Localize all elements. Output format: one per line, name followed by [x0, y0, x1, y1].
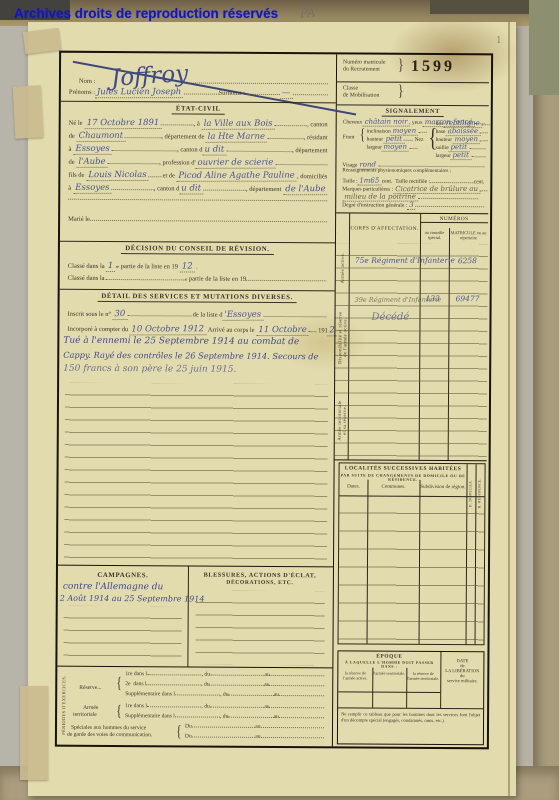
corps-header: CORPS D'AFFECTATION.: [349, 225, 420, 231]
table-rows: [335, 243, 488, 460]
vertical-label: Disponibilité et réserve: [337, 311, 342, 363]
nez-group: dosrectiligne baseabaissée hauteurmoyen …: [435, 119, 485, 159]
epoque-col-1: la réserve de l'armée active.: [339, 670, 371, 680]
regiment-entry: 75e Régiment d'Infanterie: [353, 256, 457, 265]
front-group: inclinaisonmoyen hauteurpetit largeurmoy…: [367, 127, 413, 151]
periode-row: Du au: [185, 723, 324, 733]
marie-row: Marié le: [60, 216, 335, 231]
du-label: , du: [201, 704, 209, 710]
periode-row: Du au: [185, 733, 324, 743]
du-label: , du: [220, 692, 228, 698]
yeux-label: , yeux: [409, 120, 422, 126]
periode-label: Supplémentaire dans l: [125, 713, 175, 719]
nez-label: Nez: [415, 137, 424, 143]
brace: {: [360, 127, 365, 145]
controle-entry: 133: [424, 294, 442, 303]
campagne-entry: contre l'Allemagne du: [63, 582, 164, 593]
tape-strip: [23, 28, 61, 54]
epoque-subtitle: À LAQUELLE L'HOMME DOIT PASSER DANS :: [338, 660, 440, 669]
ruled-lines: [195, 591, 324, 666]
ruled-lines: [63, 606, 181, 665]
left-column: Nom : Joffroy Prénoms : Jules Lucien Jos…: [57, 53, 337, 747]
etat-civil-title: ÉTAT-CIVIL: [61, 105, 336, 114]
controle-col-header: au contrôle spécial.: [421, 230, 448, 240]
armee-terr-label: territoriale: [73, 712, 97, 718]
epoque-title: ÉPOQUE: [338, 653, 440, 660]
periode-label: 2e dans l: [125, 681, 146, 687]
section-label-disponibilite: Disponibilité et réserve de l'armée acti…: [335, 293, 349, 381]
scan-margin-left: [0, 26, 30, 800]
periode-label: 1re dans l: [125, 703, 147, 709]
periode-label: Supplémentaire dans l: [125, 691, 175, 697]
epoque-footnote: Ne remplir ce tableau que pour les homme…: [341, 711, 480, 723]
table-line: [338, 707, 483, 709]
periode-row: Supplémentaire dans l , du au: [125, 691, 324, 701]
surnoms-label: Surnoms :: [219, 90, 246, 97]
armee-terr-label: Armée: [83, 705, 98, 711]
blessures-title: BLESSURES, ACTIONS D'ÉCLAT,: [190, 571, 330, 579]
divider: [60, 241, 335, 244]
signalement-title: SIGNALEMENT: [337, 107, 489, 115]
right-column: Numéro matricule du Recrutement } 1599 C…: [333, 54, 489, 747]
renseignements-label: Renseignements physionomiques complément…: [342, 167, 451, 174]
matricule-entry: 69477: [454, 294, 482, 303]
matricule-number: 1599: [411, 58, 455, 76]
degre-label: Degré d'instruction générale :: [342, 202, 407, 208]
periode-row: 2e dans l , du au: [125, 681, 324, 691]
classe-line-2: Classé dans la e partie de la liste en 1…: [60, 275, 335, 290]
tape-strip: [20, 686, 48, 780]
epoque-col-3: la réserve de l'armée territoriale.: [407, 671, 439, 681]
periode-row: Supplémentaire dans l , du au: [125, 713, 324, 723]
empty-rows: [339, 495, 485, 644]
localites-header-row: [339, 463, 484, 497]
du-label: Du: [185, 733, 192, 739]
epoque-col-2: l'armée territoriale.: [373, 671, 405, 676]
speciales-label: de garde des voies de communication.: [67, 732, 152, 739]
register-cover-green: [529, 0, 559, 95]
front-label: Front: [343, 134, 355, 140]
du-label: , du: [201, 682, 209, 688]
col-dates: Dates.: [339, 484, 367, 489]
cheveux-label: Cheveux: [343, 119, 363, 125]
speciales-label: Spéciales aux hommes du service: [71, 725, 146, 731]
matricule-form: Nom : Joffroy Prénoms : Jules Lucien Jos…: [55, 51, 493, 750]
du-label: , du: [220, 714, 228, 720]
date-col-label: DATE de LA LIBÉRATION du service militai…: [441, 658, 483, 683]
table-line: [338, 691, 440, 693]
divider: [337, 104, 489, 106]
prenoms-row: Prénoms : Jules Lucien Joseph Surnoms : …: [61, 87, 336, 102]
brace: }: [398, 57, 403, 75]
vertical-label: Armée active.: [340, 252, 345, 283]
nez-row-label: largeur: [435, 153, 451, 159]
surnoms-value: —: [280, 88, 293, 99]
vertical-label: et sa réserve.: [341, 406, 346, 435]
prenoms-value: Jules Lucien Joseph: [95, 87, 183, 98]
blessures-subtitle: DÉCORATIONS, ETC.: [190, 579, 330, 586]
decede-note: Décédé: [369, 312, 411, 323]
classe-line-1: Classé dans la 1re partie de la liste en…: [60, 261, 335, 276]
du-label: Du: [185, 723, 192, 729]
classe-mobilisation-label: Classe de Mobilisation: [343, 85, 380, 99]
periode-row: 1re dans l , du au: [125, 703, 324, 713]
pencil-page-number: 1: [496, 36, 502, 46]
col-subdivision: Subdivision de région.: [419, 485, 466, 490]
vertical-label: Armée territoriale: [336, 400, 341, 440]
degre-row: Degré d'instruction générale : 3: [342, 200, 484, 209]
scanned-document-page: Archives droits de reproduction réservés…: [0, 0, 559, 800]
periodes-vertical-label: PÉRIODES D'EXERCICES.: [61, 673, 66, 737]
etat-civil-line: [60, 199, 335, 214]
inscrit-line: Inscrit sous le n° 30 de la liste d'Esso…: [59, 309, 334, 324]
page-curl: [508, 22, 510, 796]
localites-table: LOCALITÉS SUCCESSIVES HABITÉES PAR SUITE…: [338, 462, 486, 645]
brace: {: [176, 723, 181, 741]
cheveux-value: châtain noir: [362, 118, 409, 127]
nom-label: Nom :: [79, 78, 95, 85]
campagnes-section: CAMPAGNES. contre l'Allemagne du 2 Août …: [57, 565, 333, 669]
death-note-line: Cappy. Rayé des contrôles le 26 Septembr…: [63, 350, 318, 362]
numeros-header: NUMÉROS: [420, 216, 488, 223]
section-label-armee-active: Armée active.: [336, 243, 349, 291]
reserve-label: Réserve...: [79, 685, 101, 691]
register-cover-right: [533, 0, 559, 800]
corps-affectation-table: CORPS D'AFFECTATION. NUMÉROS au contrôle…: [335, 212, 489, 461]
campagnes-title: CAMPAGNES.: [58, 572, 188, 580]
divider: [187, 566, 189, 666]
campagne-entry: 2 Août 1914 au 25 Septembre 1914: [60, 594, 205, 604]
du-label: , du: [202, 672, 210, 678]
col-communes: Communes.: [367, 485, 419, 490]
front-row-label: largeur: [367, 145, 383, 151]
divider: [337, 81, 489, 83]
matricule-col-header: MATRICULE ou au répertoire: [450, 230, 487, 240]
section-label-territoriale: Armée territoriale et sa réserve.: [335, 383, 348, 457]
brace: {: [116, 703, 121, 721]
vertical-label: de l'armée active.: [342, 318, 347, 357]
brace: }: [398, 83, 403, 101]
matricule-label: Numéro matricule du Recrutement: [343, 59, 385, 73]
death-note-line: 150 francs à son père le 25 juin 1915.: [63, 364, 236, 375]
epoque-table: ÉPOQUE À LAQUELLE L'HOMME DOIT PASSER DA…: [337, 650, 485, 745]
services-title: DÉTAIL DES SERVICES ET MUTATIONS DIVERSE…: [60, 293, 335, 302]
degre-value: 3: [407, 201, 415, 210]
pencil-annotation: PA: [299, 5, 316, 21]
matricule-entry: 6258: [456, 256, 479, 265]
periode-label: 1re dans l: [125, 671, 147, 677]
death-note-line: Tué à l'ennemi le 25 Septembre 1914 au c…: [63, 336, 299, 347]
tape-strip: [13, 85, 44, 138]
periodes-section: PÉRIODES D'EXERCICES. Réserve... { 1re d…: [57, 665, 332, 747]
periode-row: 1re dans l , du au: [125, 671, 324, 681]
decision-title: DÉCISION DU CONSEIL DE RÉVISION.: [60, 245, 335, 254]
etat-civil-line: à Essoyes, canton du dit, département de…: [60, 183, 335, 198]
prenoms-label: Prénoms :: [69, 89, 95, 96]
brace: {: [116, 675, 121, 693]
archive-copyright-banner: Archives droits de reproduction réservés: [14, 6, 278, 21]
nez-row-value: petit: [451, 151, 472, 160]
blank-ruled-area: [64, 383, 328, 565]
front-row-value: moyen: [382, 143, 409, 152]
